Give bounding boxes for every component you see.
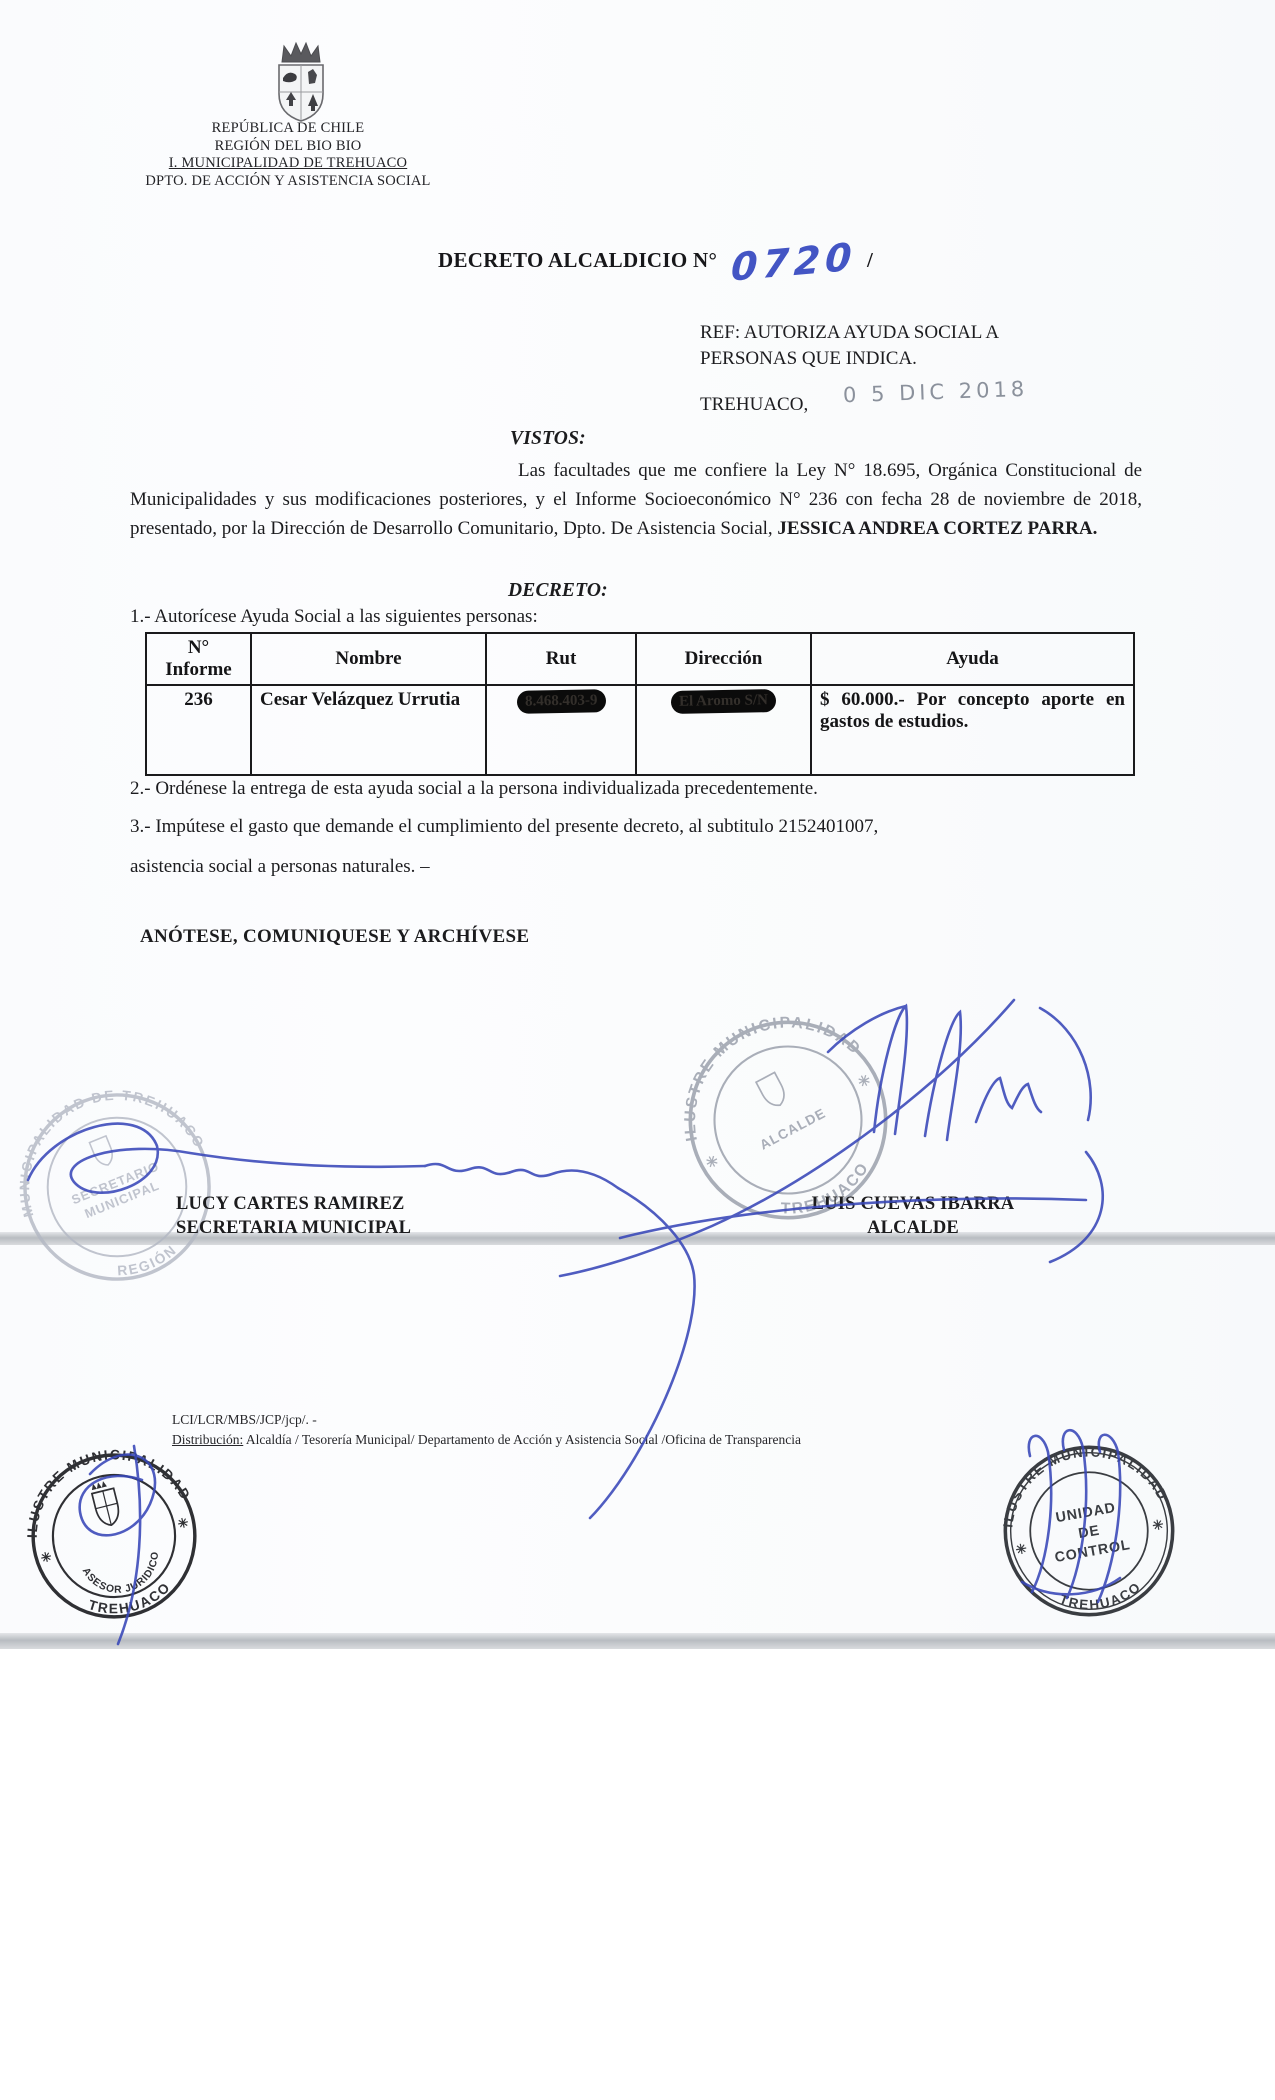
footer-initials: LCI/LCR/MBS/JCP/jcp/. - [172,1412,317,1428]
aid-table: N° Informe Nombre Rut Dirección Ayuda 23… [145,632,1135,776]
alcalde-title: ALCALDE [768,1216,1058,1240]
juridico-stamp-star-right: ✳ [176,1514,191,1531]
secretaria-title: SECRETARIA MUNICIPAL [176,1216,411,1240]
secretaria-name: LUCY CARTES RAMIREZ [176,1192,411,1216]
decreto-item-2: 2.- Ordénese la entrega de esta ayuda so… [130,778,818,800]
cell-ayuda: $ 60.000.- Por concepto aporte en gastos… [811,685,1134,775]
col-header-rut: Rut [486,633,636,685]
cell-nombre: Cesar Velázquez Urrutia [251,685,486,775]
letterhead-municipality: I. MUNICIPALIDAD DE TREHUACO [108,155,468,173]
place-line: TREHUACO, [700,392,808,418]
unidad-control-stamp: ILUSTRE MUNICIPALIDAD UNIDAD DE CONTROL … [1000,1442,1178,1620]
juridico-stamp-star-left: ✳ [39,1548,54,1565]
distribution-list: Alcaldía / Tesorería Municipal/ Departam… [243,1432,801,1447]
rut-redaction-bar: 8.468.403-9 [517,689,606,714]
decreto-heading: DECRETO: [508,580,608,602]
scanned-decree-document: REPÚBLICA DE CHILE REGIÓN DEL BIO BIO I.… [0,0,1275,2100]
control-stamp-line-1: UNIDAD [1055,1500,1118,1526]
decreto-item-3-line-1: 3.- Impútese el gasto que demande el cum… [130,816,878,838]
decree-number-handwritten: 0720 [730,234,858,289]
distribution-label: Distribución: [172,1432,243,1447]
decreto-item-3-line-2: asistencia social a personas naturales. … [130,856,430,878]
closing-formula: ANÓTESE, COMUNIQUESE Y ARCHÍVESE [140,926,529,948]
reference-block: REF: AUTORIZA AYUDA SOCIAL A PERSONAS QU… [700,320,999,372]
alcalde-stamp-star-left: ✳ [703,1152,722,1172]
letterhead-country: REPÚBLICA DE CHILE [108,120,468,138]
vistos-paragraph: Las facultades que me confiere la Ley N°… [130,456,1142,543]
control-stamp-star-right: ✳ [1151,1517,1165,1534]
decreto-item-1: 1.- Autorícese Ayuda Social a las siguie… [130,606,538,628]
letterhead-department: DPTO. DE ACCIÓN Y ASISTENCIA SOCIAL [108,173,468,191]
col-header-informe: N° Informe [146,633,251,685]
letterhead-region: REGIÓN DEL BIO BIO [108,138,468,156]
control-stamp-line-2: DE [1077,1523,1101,1543]
vistos-heading: VISTOS: [510,428,586,450]
signature-block-right: LUIS CUEVAS IBARRA ALCALDE [768,1192,1058,1240]
letterhead: REPÚBLICA DE CHILE REGIÓN DEL BIO BIO I.… [108,120,468,190]
cell-informe: 236 [146,685,251,775]
direccion-redaction-bar: El Aromo S/N [671,689,776,714]
page-shadow-divider-2 [0,1633,1275,1649]
aid-table-row: 236 Cesar Velázquez Urrutia 8.468.403-9 … [146,685,1134,775]
reference-line-2: PERSONAS QUE INDICA. [700,346,999,372]
decree-title-suffix: / [867,248,873,272]
secretaria-round-stamp: MUNICIPALIDAD DE TREHUACO SECRETARIO MUN… [18,1088,216,1286]
decree-title: DECRETO ALCALDICIO N°0720/ [438,240,873,284]
control-stamp-star-left: ✳ [1014,1541,1028,1558]
control-stamp-line-3: CONTROL [1054,1537,1132,1566]
col-header-direccion: Dirección [636,633,811,685]
alcalde-stamp-star-right: ✳ [855,1071,874,1091]
col-header-nombre: Nombre [251,633,486,685]
vistos-social-worker-name: JESSICA ANDREA CORTEZ PARRA. [777,518,1097,539]
reference-line-1: REF: AUTORIZA AYUDA SOCIAL A [700,320,999,346]
coat-of-arms-icon [262,40,340,124]
alcalde-name: LUIS CUEVAS IBARRA [768,1192,1058,1216]
signature-block-left: LUCY CARTES RAMIREZ SECRETARIA MUNICIPAL [176,1192,411,1240]
col-header-ayuda: Ayuda [811,633,1134,685]
decree-title-label: DECRETO ALCALDICIO N° [438,248,717,272]
aid-table-header-row: N° Informe Nombre Rut Dirección Ayuda [146,633,1134,685]
asesor-juridico-stamp: ILUSTRE MUNICIPALIDAD ASESOR JURIDICO ✳ … [28,1450,200,1622]
alcalde-stamp-center: ALCALDE [757,1105,828,1152]
